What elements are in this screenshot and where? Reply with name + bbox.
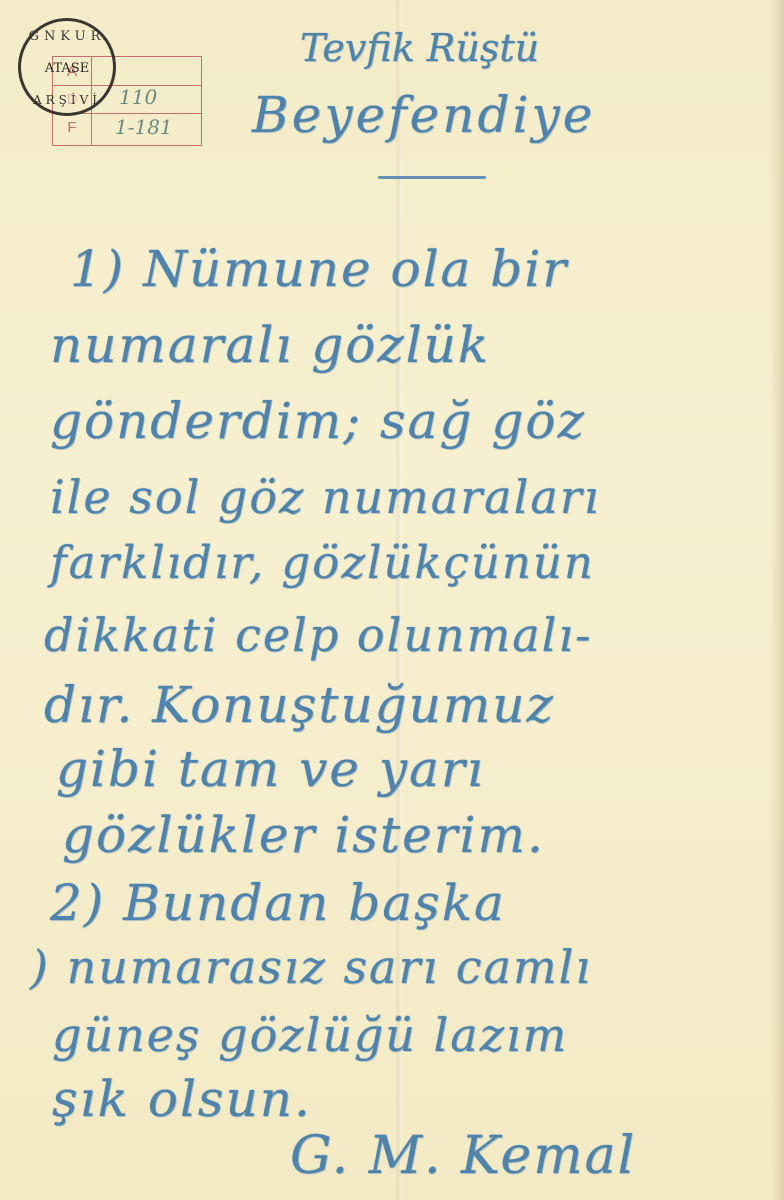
letter-line-6: dikkati celp olunmalı- (44, 608, 593, 662)
recipient-title: Beyefendiye (252, 86, 595, 144)
letter-line-4: ile sol göz numaraları (50, 470, 600, 524)
stamp-top-text: GNKUR (21, 29, 113, 44)
letter-line-5: farklıdır, gözlükçünün (50, 536, 595, 589)
letter-line-10: 2) Bundan başka (50, 874, 506, 932)
stamp-bottom-text: ARŞİVİ (21, 93, 113, 107)
letter-line-1: 1) Nümune ola bir (70, 240, 568, 298)
recipient-name: Tevfik Rüştü (300, 26, 539, 70)
register-letter-f: F (53, 119, 91, 136)
letter-line-11: ) numarasız sarı camlı (30, 940, 592, 994)
header-underline (378, 176, 486, 179)
letter-line-13: şık olsun. (52, 1070, 312, 1128)
letter-line-12: güneş gözlüğü lazım (52, 1008, 568, 1062)
letter-line-3: gönderdim; sağ göz (50, 392, 586, 450)
letter-line-9: gözlükler isterim. (62, 806, 545, 864)
letter-line-7: dır. Konuştuğumuz (44, 676, 555, 734)
signature: G. M. Kemal (290, 1126, 636, 1186)
paper-edge (770, 0, 784, 1200)
register-value-1: 110 (119, 85, 157, 109)
letter-line-8: gibi tam ve yarı (56, 740, 485, 798)
stamp-middle-text: ATASE (21, 61, 113, 76)
letter-line-2: numaralı gözlük (50, 316, 490, 374)
archive-stamp: GNKUR ATASE ARŞİVİ (18, 18, 116, 116)
register-value-2: 1-181 (115, 115, 173, 139)
